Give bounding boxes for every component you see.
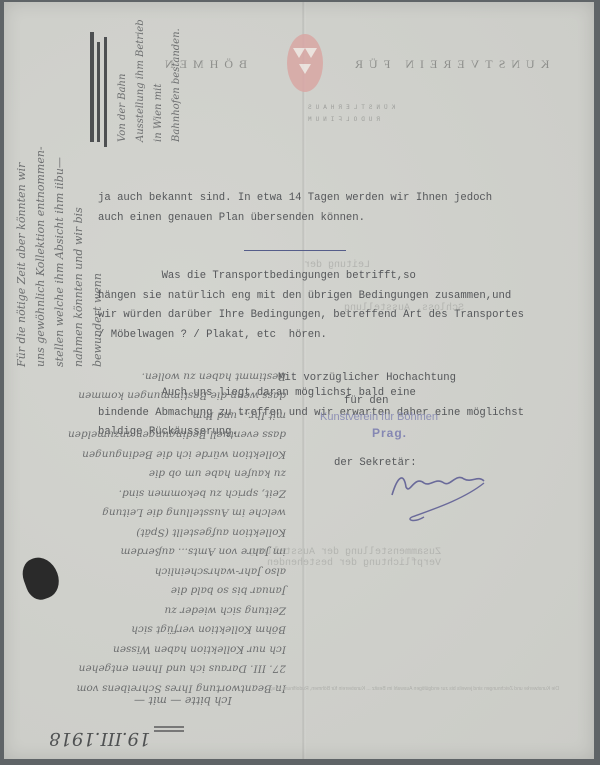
ghost-text: Leitung der — [304, 260, 370, 271]
note-line: stellen welche ihm Absicht ihm iibu— — [50, 146, 69, 367]
paragraph-1: ja auch bekannt sind. In etwa 14 Tagen w… — [98, 189, 568, 228]
scribble-strike — [154, 730, 184, 732]
letterhead-title: KUNSTVEREIN FÜR — [349, 57, 549, 72]
handwritten-note-center: Von der Bahn Ausstellung ihm Betrieb in … — [114, 19, 186, 142]
signature — [384, 465, 494, 527]
note-line: Böhm Kollektion verfügt sich — [16, 620, 286, 640]
scribble-strike — [154, 726, 184, 728]
handwritten-bottom-note: Ich bitte — mit — — [134, 694, 232, 707]
stamp-line-1: Kunstverein für Böhmen — [320, 411, 438, 423]
crest-emblem-icon — [287, 34, 323, 92]
letterhead-subline-1: KÜNSTLERHAUS — [304, 104, 395, 111]
note-line: zu kaufen habe um ob die — [16, 464, 286, 484]
scribble-strike — [104, 37, 107, 147]
note-line: mit Ihr... und Ihm — [16, 405, 286, 425]
note-line: nahmen könnten und wir bis — [69, 146, 88, 367]
ghost-text: Schloss, Ausstellung — [344, 303, 464, 314]
note-line: Ich nur Kollektion haben Wissen — [16, 639, 286, 659]
underline-mark — [244, 250, 346, 251]
note-line: Kollektion würde ich die Bedingungen — [16, 444, 286, 464]
note-line: Bahnhofen bestanden. — [168, 19, 186, 142]
scribble-strike — [90, 32, 94, 142]
stamp-line-2: Prag. — [372, 426, 407, 440]
note-line: Bestimmt haben zu wollen. — [16, 366, 286, 386]
note-line: im Jahre von Amts... außerdem — [16, 542, 286, 562]
note-line: Zeitung sich wieder zu — [16, 600, 286, 620]
note-line: in Wien mit — [150, 19, 168, 142]
scribble-strike — [97, 42, 100, 142]
letter-page: KUNSTVEREIN FÜR BÖHMEN KÜNSTLERHAUS RUDO… — [4, 2, 594, 759]
letterhead-subline-2: RUDOLFINUM — [304, 116, 380, 123]
note-line: 27. III. Daraus ich und Ihnen entgehen — [16, 659, 286, 679]
closing-for-the: für den — [344, 395, 389, 407]
note-line: Zeit, sprich zu bekommen sind. — [16, 483, 286, 503]
handwritten-note-left: Für die nötige Zeit aber könnten wir uns… — [12, 146, 107, 367]
handwritten-reply-draft: In Beantwortung Ihres Schreibens vom 27.… — [16, 366, 286, 698]
note-line: uns gewöhnlich Kollektion entnommen- — [31, 146, 50, 367]
note-line: Kollektion aufgestellt (Spät) — [16, 522, 286, 542]
note-line: welche im Ausstellung die Leitung — [16, 503, 286, 523]
paragraph-2: Was die Transportbedingungen betrifft,so… — [98, 267, 568, 345]
note-line: Für die nötige Zeit aber könnten wir — [12, 146, 31, 367]
note-line: Ausstellung ihm Betrieb — [132, 19, 150, 142]
closing-salutation: Mit vorzüglicher Hochachtung — [278, 372, 456, 384]
footer-fine-print: Die Kunstwerke und Zeichnungen sind jewe… — [119, 686, 559, 693]
note-line: Von der Bahn — [114, 19, 132, 142]
note-line: dass wenn die Bestimmungen kommen — [16, 386, 286, 406]
handwritten-date: 19.III.1918 — [49, 728, 151, 749]
note-line: dass eventuell Bedingungen anzumelden — [16, 425, 286, 445]
